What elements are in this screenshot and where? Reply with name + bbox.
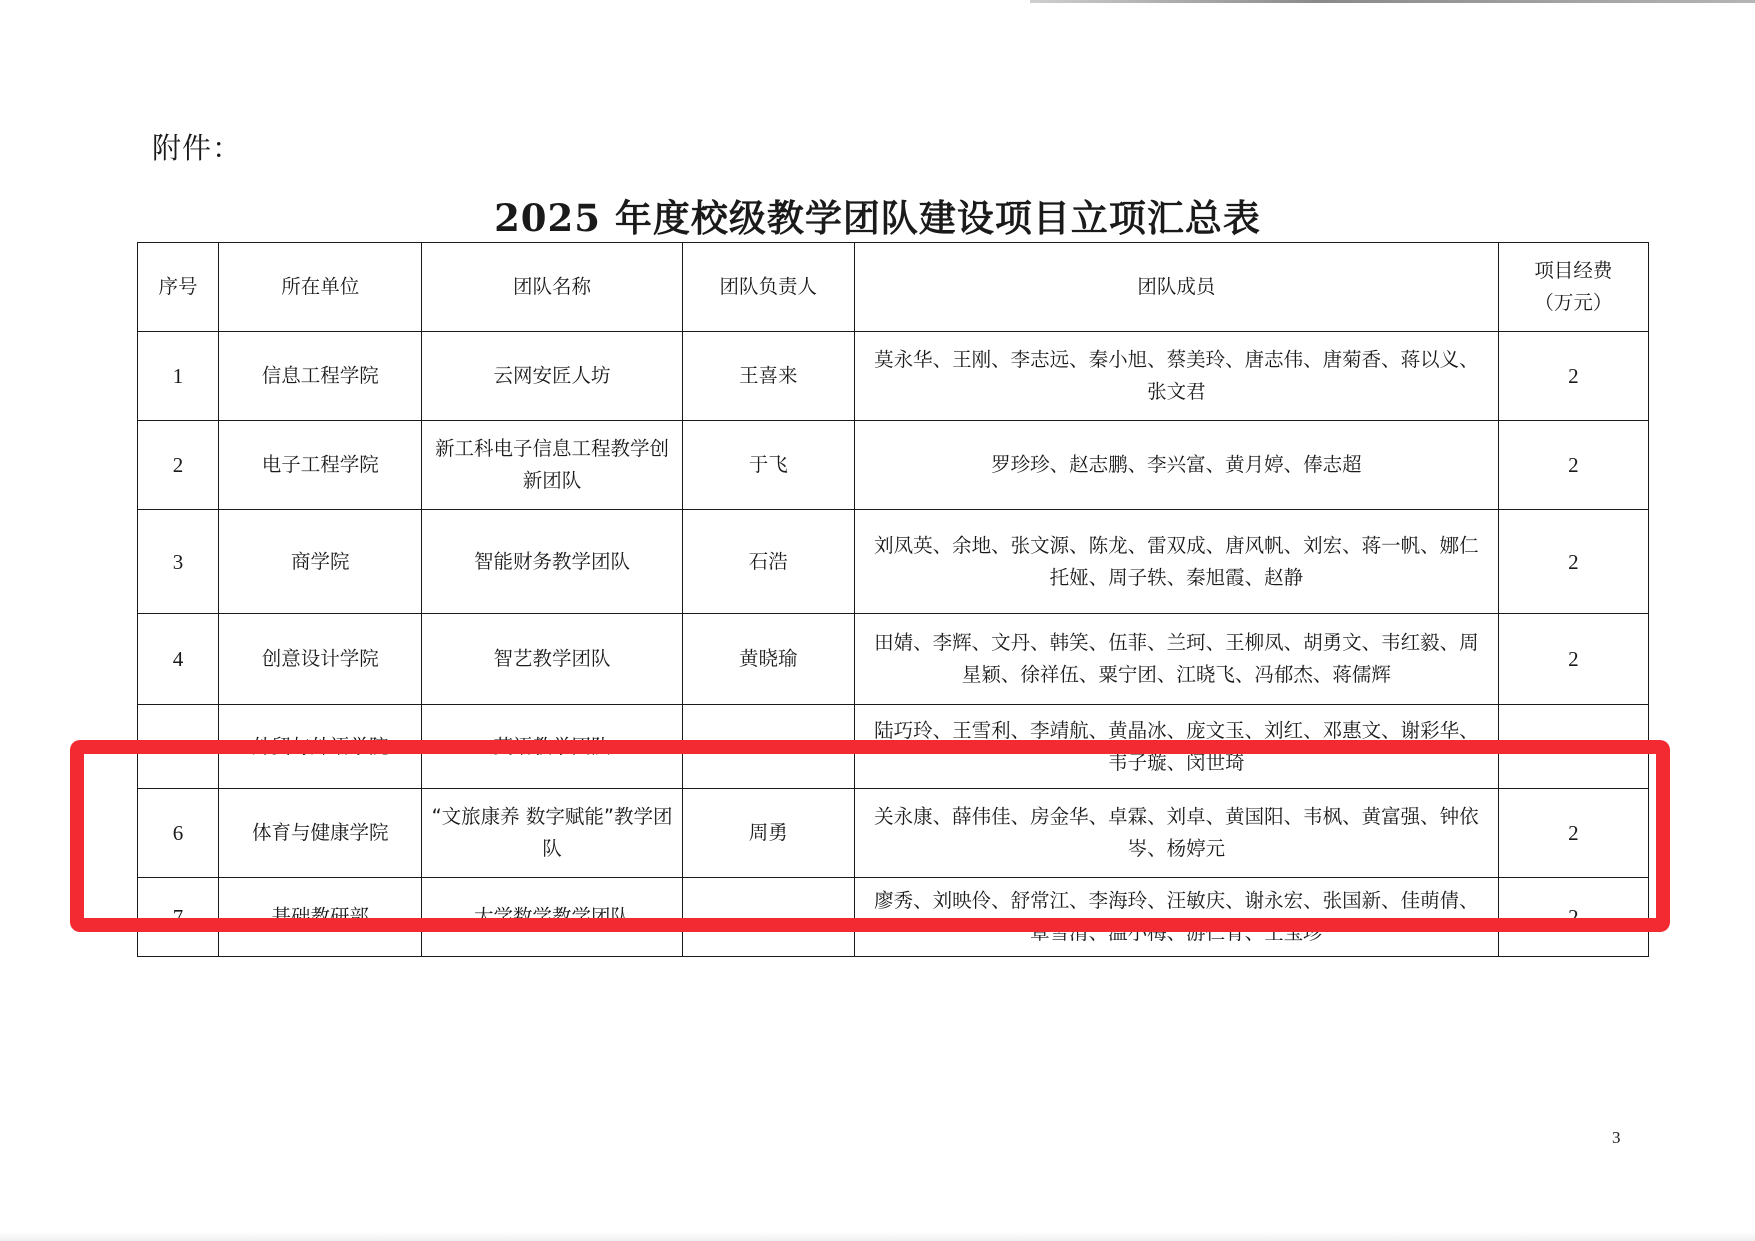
- cell-leader: 石浩: [682, 510, 854, 614]
- cell-members: 罗珍珍、赵志鹏、李兴富、黄月婷、俸志超: [854, 421, 1498, 510]
- cell-members: 刘凤英、余地、张文源、陈龙、雷双成、唐风帆、刘宏、蒋一帆、娜仁托娅、周子轶、秦旭…: [854, 510, 1498, 614]
- header-members: 团队成员: [854, 243, 1498, 332]
- cell-no: 5: [138, 705, 219, 789]
- cell-members: 莫永华、王刚、李志远、秦小旭、蔡美玲、唐志伟、唐菊香、蒋以义、张文君: [854, 332, 1498, 421]
- cell-leader: [682, 705, 854, 789]
- scan-bottom-edge: [0, 1232, 1755, 1241]
- cell-no: 2: [138, 421, 219, 510]
- table-row: 1 信息工程学院 云网安匠人坊 王喜来 莫永华、王刚、李志远、秦小旭、蔡美玲、唐…: [138, 332, 1649, 421]
- cell-leader: 王喜来: [682, 332, 854, 421]
- cell-unit: 商学院: [219, 510, 422, 614]
- cell-fund: 2: [1498, 878, 1648, 957]
- table-row: 5 外贸与外语学院 英语教学团队 陆巧玲、王雪利、李靖航、黄晶冰、庞文玉、刘红、…: [138, 705, 1649, 789]
- cell-members: 田婧、李辉、文丹、韩笑、伍菲、兰珂、王柳凤、胡勇文、韦红毅、周星颖、徐祥伍、粟宁…: [854, 614, 1498, 705]
- header-fund-line2: （万元）: [1507, 287, 1640, 319]
- header-fund: 项目经费 （万元）: [1498, 243, 1648, 332]
- summary-table: 序号 所在单位 团队名称 团队负责人 团队成员 项目经费 （万元） 1 信息工程…: [137, 242, 1649, 957]
- cell-fund: 2: [1498, 421, 1648, 510]
- cell-members: 关永康、薛伟佳、房金华、卓霖、刘卓、黄国阳、韦枫、黄富强、钟依岑、杨婷元: [854, 789, 1498, 878]
- header-fund-line1: 项目经费: [1507, 255, 1640, 287]
- document-title: 2025 年度校级教学团队建设项目立项汇总表: [0, 188, 1755, 242]
- table-row: 3 商学院 智能财务教学团队 石浩 刘凤英、余地、张文源、陈龙、雷双成、唐风帆、…: [138, 510, 1649, 614]
- cell-no: 7: [138, 878, 219, 957]
- cell-no: 6: [138, 789, 219, 878]
- members-text: 田婧、李辉、文丹、韩笑、伍菲、兰珂、王柳凤、胡勇文、韦红毅、周星颖、徐祥伍、粟宁…: [863, 627, 1490, 691]
- cell-no: 3: [138, 510, 219, 614]
- cell-fund: 2: [1498, 705, 1648, 789]
- cell-team: 大学数学教学团队: [422, 878, 682, 957]
- cell-unit: 基础教研部: [219, 878, 422, 957]
- cell-fund: 2: [1498, 510, 1648, 614]
- cell-team: 智艺教学团队: [422, 614, 682, 705]
- header-unit: 所在单位: [219, 243, 422, 332]
- page-number: 3: [1612, 1128, 1621, 1148]
- cell-unit: 信息工程学院: [219, 332, 422, 421]
- cell-fund: 2: [1498, 332, 1648, 421]
- scan-edge-line: [1030, 0, 1755, 3]
- header-no: 序号: [138, 243, 219, 332]
- cell-team: 英语教学团队: [422, 705, 682, 789]
- cell-no: 4: [138, 614, 219, 705]
- members-text: 关永康、薛伟佳、房金华、卓霖、刘卓、黄国阳、韦枫、黄富强、钟依岑、杨婷元: [863, 801, 1490, 865]
- attachment-label: 附件：: [152, 126, 242, 167]
- header-leader: 团队负责人: [682, 243, 854, 332]
- cell-unit: 创意设计学院: [219, 614, 422, 705]
- cell-fund: 2: [1498, 789, 1648, 878]
- table-header-row: 序号 所在单位 团队名称 团队负责人 团队成员 项目经费 （万元）: [138, 243, 1649, 332]
- cell-team: 新工科电子信息工程教学创新团队: [422, 421, 682, 510]
- table-row-highlighted: 6 体育与健康学院 “文旅康养 数字赋能”教学团队 周勇 关永康、薛伟佳、房金华…: [138, 789, 1649, 878]
- cell-leader: 于飞: [682, 421, 854, 510]
- cell-leader: 黄晓瑜: [682, 614, 854, 705]
- cell-no: 1: [138, 332, 219, 421]
- cell-team: “文旅康养 数字赋能”教学团队: [422, 789, 682, 878]
- cell-team: 智能财务教学团队: [422, 510, 682, 614]
- members-text: 陆巧玲、王雪利、李靖航、黄晶冰、庞文玉、刘红、邓惠文、谢彩华、韦子璇、闵世琦: [863, 715, 1490, 779]
- members-text: 廖秀、刘映伶、舒常江、李海玲、汪敏庆、谢永宏、张国新、佳萌倩、覃雪清、温小梅、游…: [863, 885, 1490, 949]
- cell-fund: 2: [1498, 614, 1648, 705]
- cell-team: 云网安匠人坊: [422, 332, 682, 421]
- cell-leader: 周勇: [682, 789, 854, 878]
- cell-leader: [682, 878, 854, 957]
- cell-unit: 外贸与外语学院: [219, 705, 422, 789]
- table-row: 2 电子工程学院 新工科电子信息工程教学创新团队 于飞 罗珍珍、赵志鹏、李兴富、…: [138, 421, 1649, 510]
- cell-unit: 电子工程学院: [219, 421, 422, 510]
- cell-members: 廖秀、刘映伶、舒常江、李海玲、汪敏庆、谢永宏、张国新、佳萌倩、覃雪清、温小梅、游…: [854, 878, 1498, 957]
- header-team: 团队名称: [422, 243, 682, 332]
- members-text: 刘凤英、余地、张文源、陈龙、雷双成、唐风帆、刘宏、蒋一帆、娜仁托娅、周子轶、秦旭…: [863, 530, 1490, 594]
- cell-members: 陆巧玲、王雪利、李靖航、黄晶冰、庞文玉、刘红、邓惠文、谢彩华、韦子璇、闵世琦: [854, 705, 1498, 789]
- table-row: 4 创意设计学院 智艺教学团队 黄晓瑜 田婧、李辉、文丹、韩笑、伍菲、兰珂、王柳…: [138, 614, 1649, 705]
- table-row: 7 基础教研部 大学数学教学团队 廖秀、刘映伶、舒常江、李海玲、汪敏庆、谢永宏、…: [138, 878, 1649, 957]
- members-text: 莫永华、王刚、李志远、秦小旭、蔡美玲、唐志伟、唐菊香、蒋以义、张文君: [863, 344, 1490, 408]
- cell-unit: 体育与健康学院: [219, 789, 422, 878]
- members-text: 罗珍珍、赵志鹏、李兴富、黄月婷、俸志超: [863, 449, 1490, 481]
